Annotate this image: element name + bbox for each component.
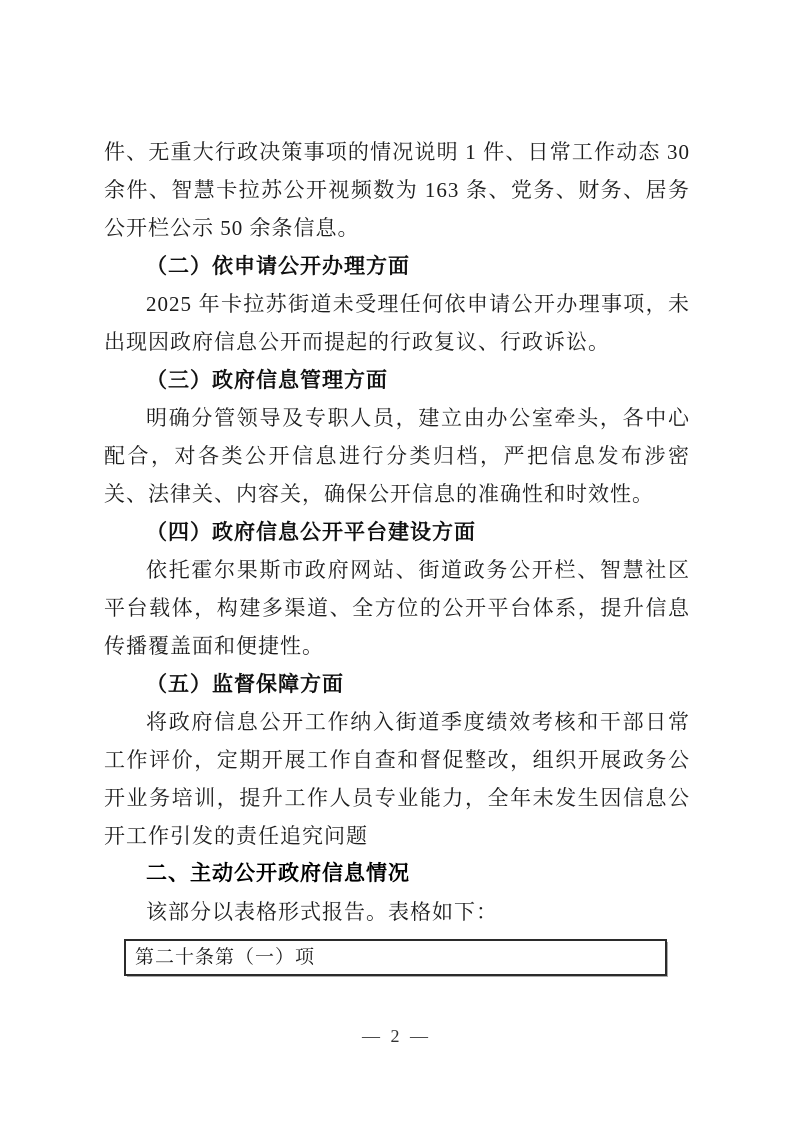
- section-body-5: 将政府信息公开工作纳入街道季度绩效考核和干部日常工作评价，定期开展工作自查和督促…: [104, 703, 690, 855]
- section-body-2: 2025 年卡拉苏街道未受理任何依申请公开办理事项，未出现因政府信息公开而提起的…: [104, 285, 690, 361]
- chapter-heading: 二、主动公开政府信息情况: [104, 855, 690, 893]
- section-heading-3: （三）政府信息管理方面: [104, 361, 690, 399]
- document-page: 件、无重大行政决策事项的情况说明 1 件、日常工作动态 30 余件、智慧卡拉苏公…: [0, 0, 793, 1122]
- page-number: — 2 —: [0, 1026, 793, 1047]
- section-heading-4: （四）政府信息公开平台建设方面: [104, 513, 690, 551]
- disclosure-table: 第二十条第（一）项: [124, 939, 667, 976]
- section-body-3: 明确分管领导及专职人员，建立由办公室牵头，各中心配合，对各类公开信息进行分类归档…: [104, 399, 690, 513]
- section-heading-2: （二）依申请公开办理方面: [104, 247, 690, 285]
- document-content: 件、无重大行政决策事项的情况说明 1 件、日常工作动态 30 余件、智慧卡拉苏公…: [104, 133, 690, 976]
- section-body-4: 依托霍尔果斯市政府网站、街道政务公开栏、智慧社区平台载体，构建多渠道、全方位的公…: [104, 551, 690, 665]
- table-cell-article-clause: 第二十条第（一）项: [125, 940, 666, 975]
- table-row: 第二十条第（一）项: [125, 940, 666, 975]
- chapter-intro: 该部分以表格形式报告。表格如下：: [104, 893, 690, 931]
- continuation-paragraph: 件、无重大行政决策事项的情况说明 1 件、日常工作动态 30 余件、智慧卡拉苏公…: [104, 133, 690, 247]
- section-heading-5: （五）监督保障方面: [104, 665, 690, 703]
